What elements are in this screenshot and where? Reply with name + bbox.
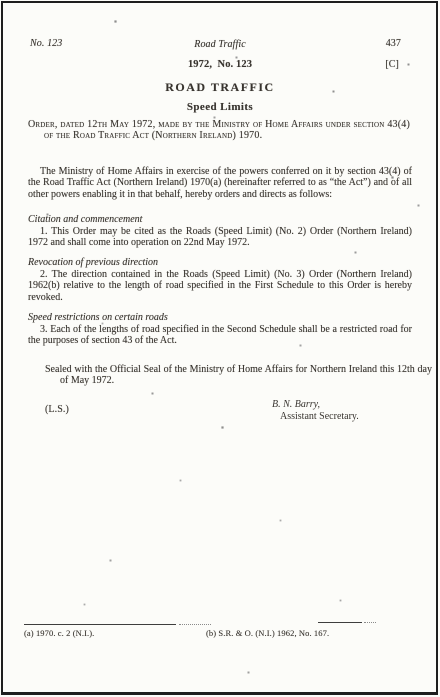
- scanned-document-page: No. 123 Road Traffic 437 1972, No. 123 […: [0, 0, 440, 697]
- order-caption: Order, dated 12th May 1972, made by the …: [28, 119, 410, 142]
- header-session-line: 1972, No. 123: [0, 59, 440, 70]
- signature-name: B. N. Barry,: [272, 399, 359, 411]
- header-running-title: Road Traffic: [0, 39, 440, 50]
- sealing-clause: Sealed with the Official Seal of the Min…: [30, 364, 432, 387]
- section-heading-speed-restrictions: Speed restrictions on certain roads: [28, 312, 168, 323]
- footnote-b: (b) S.R. & O. (N.I.) 1962, No. 167.: [206, 628, 329, 638]
- section-body-citation: 1. This Order may be cited as the Roads …: [28, 226, 412, 249]
- signature-block: B. N. Barry, Assistant Secretary.: [272, 399, 359, 423]
- section-body-revocation: 2. The direction contained in the Roads …: [28, 269, 412, 303]
- document-title: ROAD TRAFFIC: [0, 80, 440, 95]
- header-page-number: 437: [386, 38, 401, 49]
- header-class-mark: [C]: [385, 59, 399, 70]
- preamble-paragraph: The Ministry of Home Affairs in exercise…: [28, 166, 412, 200]
- section-body-speed-restrictions: 3. Each of the lengths of road specified…: [28, 324, 412, 347]
- section-heading-revocation: Revocation of previous direction: [28, 257, 158, 268]
- scan-noise-specks: [0, 0, 1, 1]
- footnote-rule-right-dots: [364, 622, 376, 623]
- footnote-rule-right: [318, 622, 362, 623]
- document-subtitle: Speed Limits: [0, 101, 440, 113]
- section-heading-citation: Citation and commencement: [28, 214, 142, 225]
- footnote-rule-left: [24, 624, 176, 625]
- signature-role: Assistant Secretary.: [280, 411, 359, 423]
- footnote-rule-dots: [179, 624, 211, 625]
- seal-mark: (L.S.): [45, 404, 69, 415]
- footnote-a: (a) 1970. c. 2 (N.I.).: [24, 628, 94, 638]
